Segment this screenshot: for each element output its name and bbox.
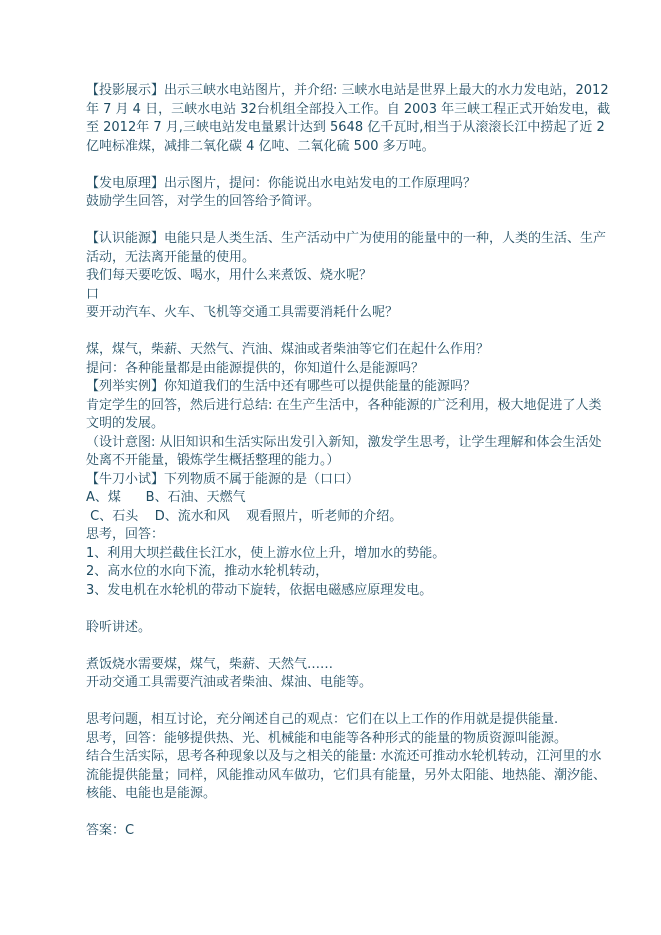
text-line: 煮饭烧水需要煤，煤气，柴薪、天然气…… bbox=[86, 656, 591, 675]
text-line: 【发电原理】出示图片，提问：你能说出水电站发电的工作原理吗？ bbox=[86, 175, 591, 194]
text-line: 提问：各种能量都是由能源提供的，你知道什么是能源吗？ bbox=[86, 360, 591, 379]
text-line: 核能、电能也是能源。 bbox=[86, 785, 591, 804]
section-think-discuss-summary: 思考问题，相互讨论，充分阐述自己的观点：它们在以上工作的作用就是提供能量.思考，… bbox=[86, 711, 591, 804]
text-line: 【列举实例】你知道我们的生活中还有哪些可以提供能量的能源吗？ bbox=[86, 378, 591, 397]
text-line: 2、高水位的水向下流，推动水轮机转动， bbox=[86, 563, 591, 582]
text-line: 思考问题，相互讨论，充分阐述自己的观点：它们在以上工作的作用就是提供能量. bbox=[86, 711, 591, 730]
text-line: 思考，回答： bbox=[86, 526, 591, 545]
text-line: 肯定学生的回答，然后进行总结: 在生产生活中，各种能源的广泛利用，极大地促进了人… bbox=[86, 397, 591, 416]
text-line: 1、利用大坝拦截住长江水，使上游水位上升，增加水的势能。 bbox=[86, 545, 591, 564]
section-projection-display: 【投影展示】出示三峡水电站图片，并介绍: 三峡水电站是世界上最大的水力发电站，2… bbox=[86, 82, 591, 156]
text-line: 流能提供能量；同样，风能推动风车做功，它们具有能量，另外太阳能、地热能、潮汐能、 bbox=[86, 767, 591, 786]
section-cooking-transport-answers: 煮饭烧水需要煤，煤气，柴薪、天然气……开动交通工具需要汽油或者柴油、煤油、电能等… bbox=[86, 656, 591, 693]
text-line: 至 2012年 7 月,三峡电站发电量累计达到 5648 亿千瓦时,相当于从滚滚… bbox=[86, 119, 591, 138]
text-line: 3、发电机在水轮机的带动下旋转，依据电磁感应原理发电。 bbox=[86, 582, 591, 601]
text-line: 开动交通工具需要汽油或者柴油、煤油、电能等。 bbox=[86, 674, 591, 693]
text-line: 思考，回答：能够提供热、光、机械能和电能等各种形式的能量的物质资源叫能源。 bbox=[86, 730, 591, 749]
text-line: 文明的发展。 bbox=[86, 415, 591, 434]
document-page: 【投影展示】出示三峡水电站图片，并介绍: 三峡水电站是世界上最大的水力发电站，2… bbox=[0, 0, 661, 935]
section-answer: 答案：C bbox=[86, 822, 591, 841]
text-line: 【投影展示】出示三峡水电站图片，并介绍: 三峡水电站是世界上最大的水力发电站，2… bbox=[86, 82, 591, 101]
text-line: 鼓励学生回答，对学生的回答给予简评。 bbox=[86, 193, 591, 212]
text-line: 年 7 月 4 日，三峡水电站 32台机组全部投入工作。自 2003 年三峡工程… bbox=[86, 101, 591, 120]
text-line: 活动，无法离开能量的使用。 bbox=[86, 249, 591, 268]
section-recognize-energy: 【认识能源】电能只是人类生活、生产活动中广为使用的能量中的一种，人类的生活、生产… bbox=[86, 230, 591, 323]
text-line: 亿吨标准煤，减排二氧化碳 4 亿吨、二氧化硫 500 多万吨。 bbox=[86, 138, 591, 157]
text-line: 处离不开能量，锻炼学生概括整理的能力。） bbox=[86, 452, 591, 471]
text-line: 煤，煤气，柴薪、天然气、汽油、煤油或者柴油等它们在起什么作用？ bbox=[86, 341, 591, 360]
text-line: A、煤 B、石油、天燃气 bbox=[86, 489, 591, 508]
section-energy-discussion-and-quiz: 煤，煤气，柴薪、天然气、汽油、煤油或者柴油等它们在起什么作用？提问：各种能量都是… bbox=[86, 341, 591, 600]
section-power-generation-principle: 【发电原理】出示图片，提问：你能说出水电站发电的工作原理吗？鼓励学生回答，对学生… bbox=[86, 175, 591, 212]
text-line: 答案：C bbox=[86, 822, 591, 841]
text-line: 我们每天要吃饭、喝水，用什么来煮饭、烧水呢？ bbox=[86, 267, 591, 286]
text-line: 口 bbox=[86, 286, 591, 305]
section-listen-narration: 聆听讲述。 bbox=[86, 619, 591, 638]
text-line: 要开动汽车、火车、飞机等交通工具需要消耗什么呢？ bbox=[86, 304, 591, 323]
text-line: 【认识能源】电能只是人类生活、生产活动中广为使用的能量中的一种，人类的生活、生产 bbox=[86, 230, 591, 249]
text-line: （设计意图: 从旧知识和生活实际出发引入新知，激发学生思考，让学生理解和体会生活… bbox=[86, 434, 591, 453]
document-body: 【投影展示】出示三峡水电站图片，并介绍: 三峡水电站是世界上最大的水力发电站，2… bbox=[86, 82, 591, 841]
text-line: 【牛刀小试】下列物质不属于能源的是（口口） bbox=[86, 471, 591, 490]
text-line: 结合生活实际，思考各种现象以及与之相关的能量: 水流还可推动水轮机转动，江河里的… bbox=[86, 748, 591, 767]
text-line: 聆听讲述。 bbox=[86, 619, 591, 638]
text-line: C、石头 D、流水和风 观看照片，听老师的介绍。 bbox=[86, 508, 591, 527]
